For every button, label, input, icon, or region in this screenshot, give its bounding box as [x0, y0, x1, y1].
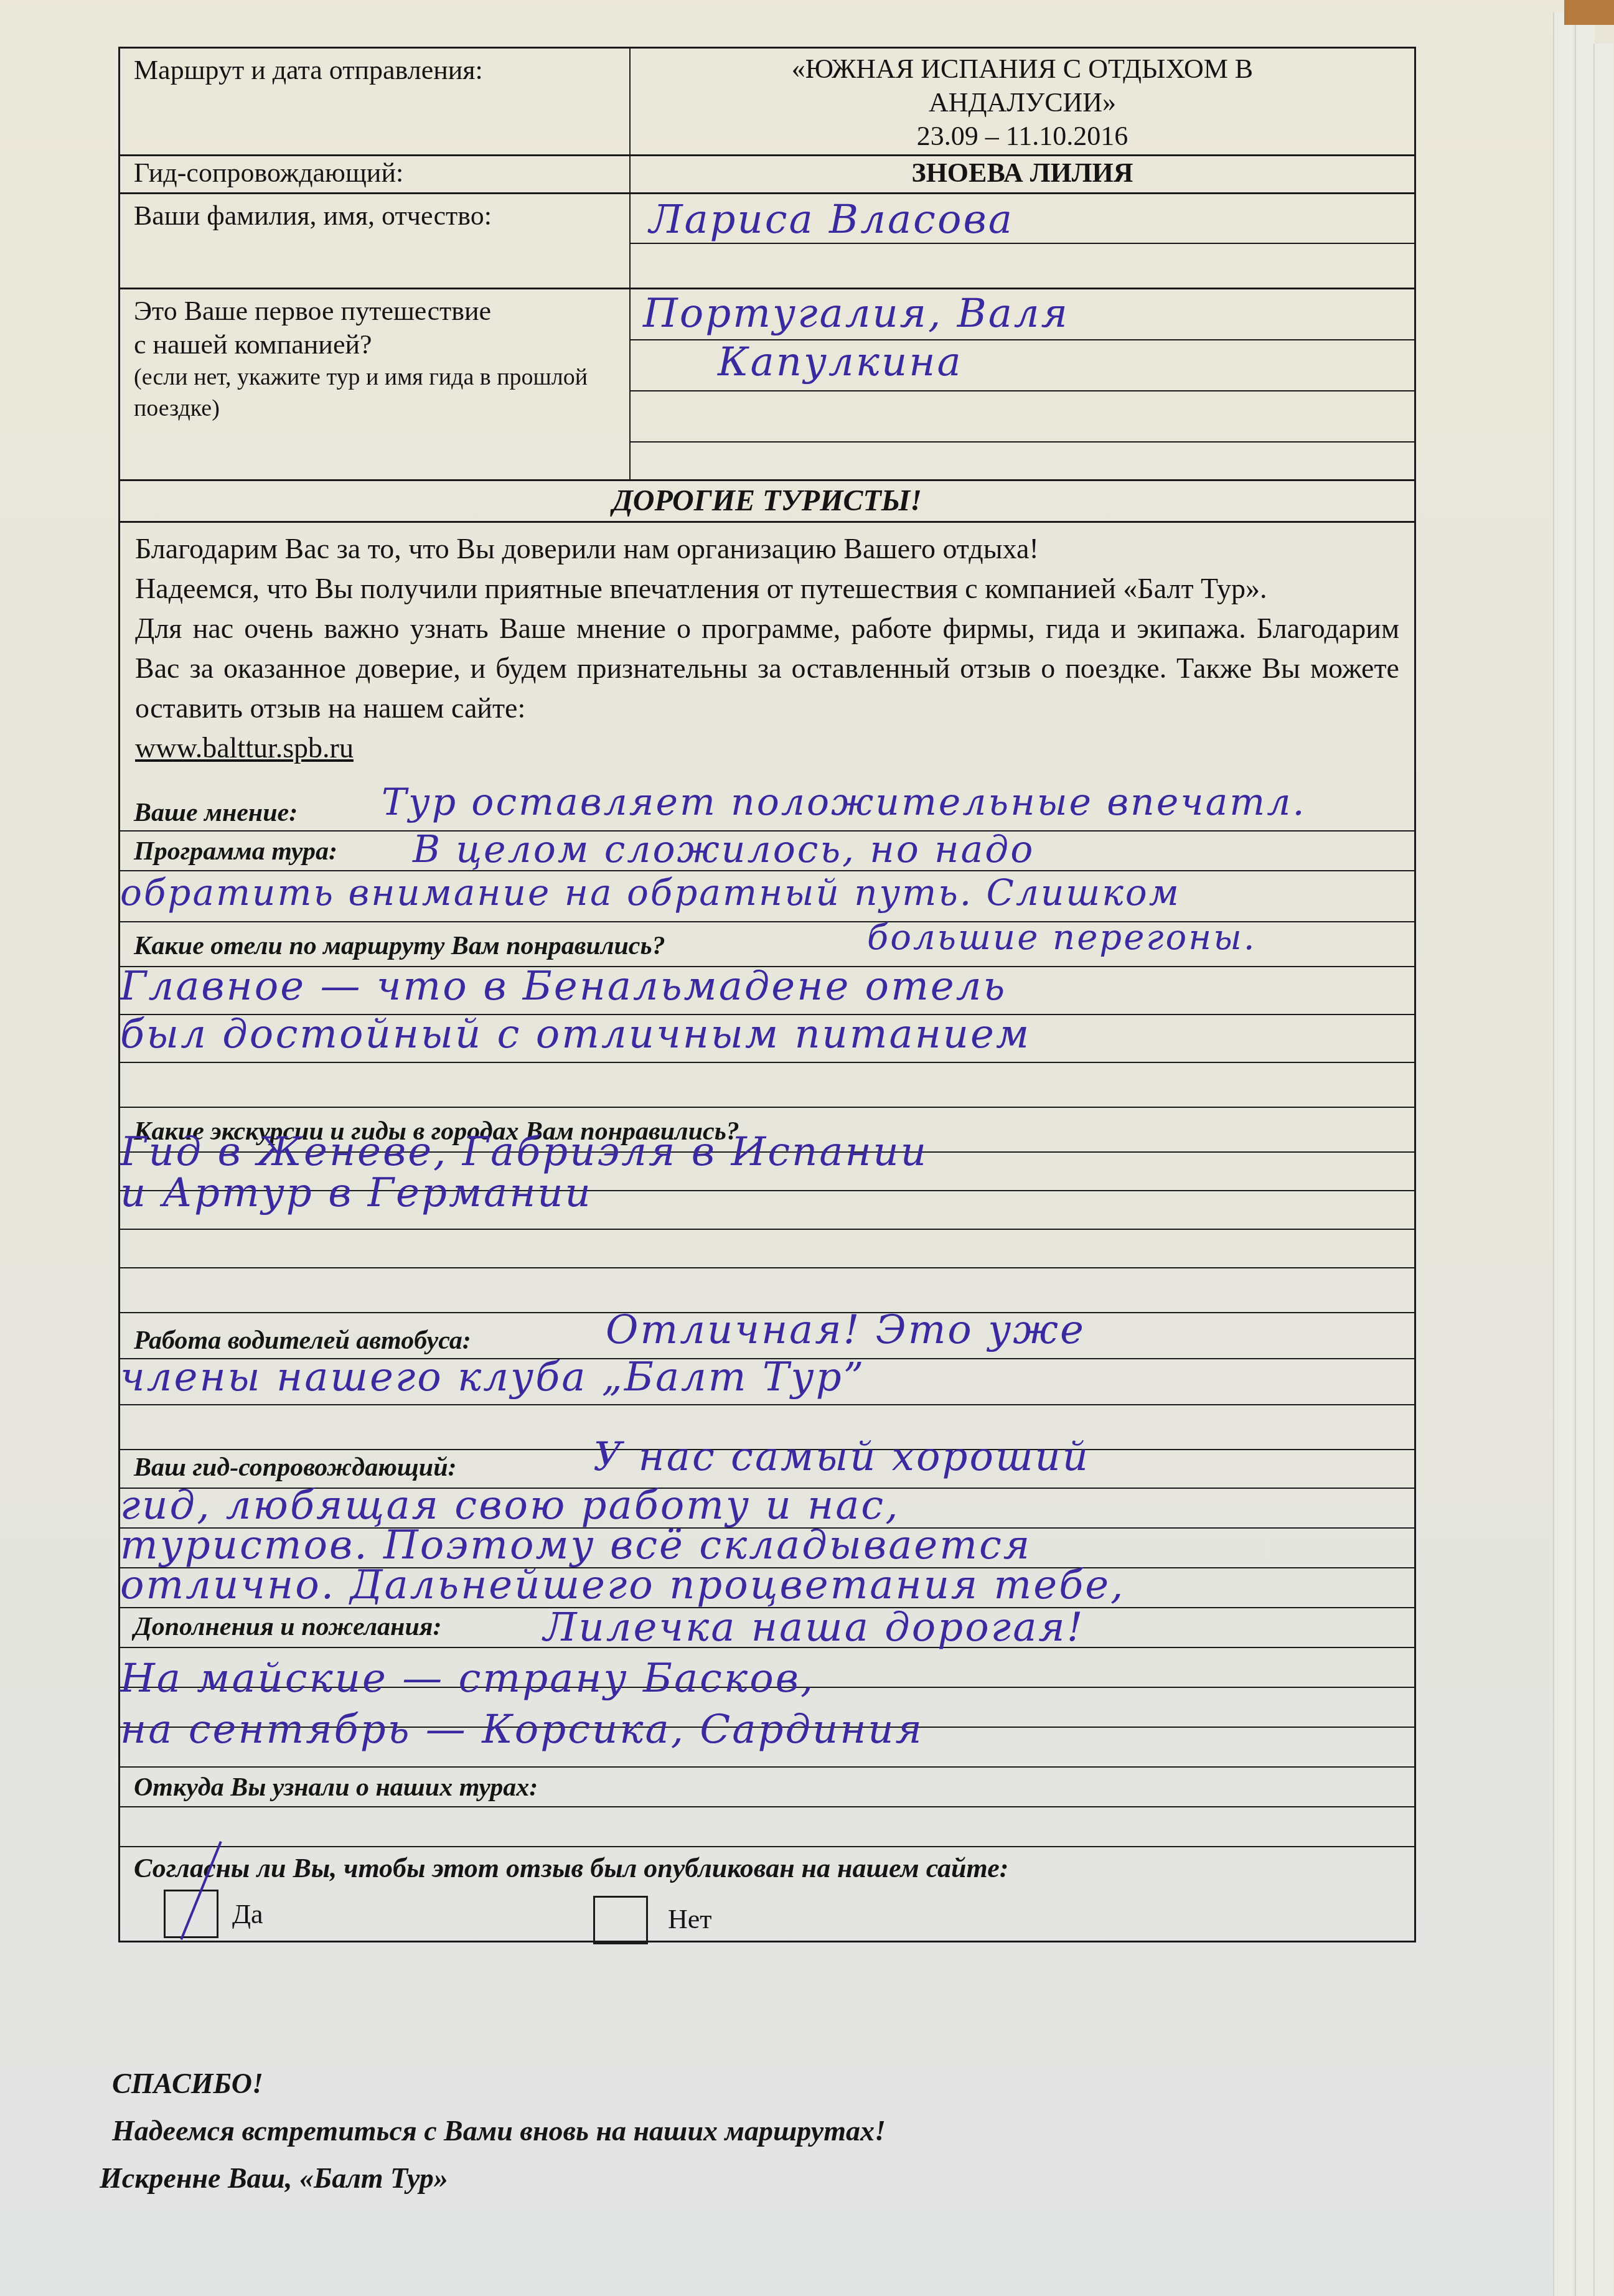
source-question: Откуда Вы узнали о наших турах:	[120, 1768, 1414, 1847]
wishes-answer-3: на сентябрь — Корсика, Сардиния	[120, 1707, 924, 1753]
intro-paragraph-2: Надеемся, что Вы получили приятные впеча…	[135, 569, 1399, 609]
name-row: Ваши фамилия, имя, отчество: Лариса Влас…	[120, 192, 1414, 288]
paper-stack-edge	[1553, 12, 1573, 2296]
route-name-line1: «ЮЖНАЯ ИСПАНИЯ С ОТДЫХОМ В	[637, 52, 1408, 86]
drivers-answer-1: Отличная! Это уже	[606, 1307, 1086, 1353]
drivers-question: Работа водителей автобуса: Отличная! Это…	[120, 1313, 1414, 1450]
guide-feedback-label: Ваш гид-сопровождающий:	[134, 1453, 456, 1483]
program-label: Программа тура:	[134, 836, 337, 866]
name-field[interactable]: Лариса Власова	[631, 194, 1414, 288]
header-table: Маршрут и дата отправления: «ЮЖНАЯ ИСПАН…	[118, 47, 1416, 1942]
route-dates: 23.09 – 11.10.2016	[637, 119, 1408, 153]
consent-yes-label: Да	[232, 1898, 263, 1930]
program-field[interactable]: Программа тура: В целом сложилось, но на…	[120, 832, 1414, 871]
guide-value: ЗНОЕВА ЛИЛИЯ	[631, 156, 1414, 192]
source-field[interactable]: Откуда Вы узнали о наших турах:	[120, 1768, 1414, 1807]
first-trip-label: Это Ваше первое путешествие с нашей комп…	[120, 289, 631, 479]
guide-answer-1: У нас самый хороший	[593, 1434, 1090, 1480]
excursions-field-3[interactable]: и Артур в Германии	[120, 1191, 1414, 1230]
consent-no-checkbox[interactable]	[593, 1896, 648, 1944]
guide-answer-2: гид, любящая свою работу и нас,	[120, 1483, 900, 1529]
program-answer-2: обратить внимание на обратный путь. Слиш…	[120, 871, 1181, 914]
opinion-label: Ваше мнение:	[134, 798, 298, 828]
source-label: Откуда Вы узнали о наших турах:	[134, 1773, 538, 1802]
name-answer: Лариса Власова	[649, 197, 1014, 243]
guide-field-4[interactable]: отлично. Дальнейшего процветания тебе,	[120, 1568, 1414, 1608]
hotels-answer-2: Главное — что в Бенальмадене отель	[120, 963, 1006, 1010]
consent-no-label: Нет	[668, 1903, 712, 1935]
excursions-question: Какие экскурсии и гиды в городах Вам пон…	[120, 1108, 1414, 1313]
wishes-field-3[interactable]: на сентябрь — Корсика, Сардиния	[120, 1728, 1414, 1768]
opinion-answer: Тур оставляет положительные впечатл.	[382, 780, 1307, 824]
first-trip-field[interactable]: Португалия, Валя Капулкина	[631, 289, 1414, 479]
name-label: Ваши фамилия, имя, отчество:	[120, 194, 631, 288]
program-answer-1: В целом сложилось, но надо	[413, 828, 1035, 871]
paper-stack-edge	[1575, 12, 1595, 2296]
desk-surface	[1564, 0, 1614, 25]
first-trip-question-line2: с нашей компанией?	[134, 329, 372, 360]
guide-answer-3: туристов. Поэтому всё складывается	[120, 1522, 1031, 1568]
hotels-field-3[interactable]: был достойный с отличным питанием	[120, 1015, 1414, 1063]
first-trip-question-line1: Это Ваше первое путешествие	[134, 296, 491, 326]
guide-answer-4: отлично. Дальнейшего процветания тебе,	[120, 1562, 1125, 1608]
intro-paragraph-3: Для нас очень важно узнать Ваше мнение о…	[135, 609, 1399, 728]
wishes-field[interactable]: Дополнения и пожелания: Лилечка наша дор…	[120, 1608, 1414, 1648]
wishes-label: Дополнения и пожелания:	[134, 1612, 441, 1642]
route-value: «ЮЖНАЯ ИСПАНИЯ С ОТДЫХОМ В АНДАЛУСИИ» 23…	[631, 49, 1414, 154]
paper-stack-edge	[1593, 44, 1613, 2296]
opinion-question: Ваше мнение: Тур оставляет положительные…	[120, 780, 1414, 1108]
closing-text: СПАСИБО! Надеемся встретиться с Вами вно…	[112, 2060, 886, 2202]
intro-text: Благодарим Вас за то, что Вы доверили на…	[120, 521, 1414, 780]
hotels-field[interactable]: Какие отели по маршруту Вам понравились?…	[120, 922, 1414, 967]
hotels-answer-1: большие перегоны.	[867, 917, 1257, 958]
first-trip-answer-line2: Капулкина	[718, 339, 963, 385]
section-title: ДОРОГИЕ ТУРИСТЫ!	[120, 479, 1414, 521]
first-trip-answer-line1: Португалия, Валя	[643, 291, 1069, 337]
route-name-line2: АНДАЛУСИИ»	[637, 86, 1408, 119]
program-field-2[interactable]: обратить внимание на обратный путь. Слиш…	[120, 871, 1414, 922]
closing-line-2: Надеемся встретиться с Вами вновь на наш…	[112, 2107, 886, 2155]
opinion-field[interactable]: Ваше мнение: Тур оставляет положительные…	[120, 780, 1414, 832]
drivers-answer-2: члены нашего клуба „Балт Тур”	[120, 1354, 865, 1400]
route-row: Маршрут и дата отправления: «ЮЖНАЯ ИСПАН…	[120, 47, 1414, 154]
hotels-answer-3: был достойный с отличным питанием	[120, 1011, 1031, 1057]
wishes-answer-1: Лилечка наша дорогая!	[543, 1605, 1084, 1651]
consent-section: Согласны ли Вы, чтобы этот отзыв был опу…	[120, 1847, 1414, 1942]
hotels-field-2[interactable]: Главное — что в Бенальмадене отель	[120, 967, 1414, 1015]
route-label: Маршрут и дата отправления:	[120, 49, 631, 154]
wishes-question: Дополнения и пожелания: Лилечка наша дор…	[120, 1608, 1414, 1768]
drivers-field[interactable]: Работа водителей автобуса: Отличная! Это…	[120, 1313, 1414, 1359]
drivers-label: Работа водителей автобуса:	[134, 1326, 471, 1356]
consent-question: Согласны ли Вы, чтобы этот отзыв был опу…	[134, 1852, 1008, 1884]
wishes-answer-2: На майские — страну Басков,	[120, 1656, 815, 1702]
drivers-field-2[interactable]: члены нашего клуба „Балт Тур”	[120, 1359, 1414, 1405]
website-link[interactable]: www.balttur.spb.ru	[135, 732, 354, 764]
guide-label: Гид-сопровождающий:	[120, 156, 631, 192]
guide-row: Гид-сопровождающий: ЗНОЕВА ЛИЛИЯ	[120, 154, 1414, 192]
feedback-form: Маршрут и дата отправления: «ЮЖНАЯ ИСПАН…	[118, 47, 1416, 1942]
excursions-answer-2: и Артур в Германии	[120, 1170, 593, 1216]
closing-signature: Искренне Ваш, «Балт Тур»	[100, 2155, 886, 2202]
first-trip-hint: (если нет, укажите тур и имя гида в прош…	[134, 362, 616, 424]
hotels-label: Какие отели по маршруту Вам понравились?	[134, 931, 665, 961]
closing-thanks: СПАСИБО!	[112, 2060, 886, 2107]
intro-paragraph-1: Благодарим Вас за то, что Вы доверили на…	[135, 529, 1399, 569]
excursions-answer-1: Гид в Женеве, Габриэля в Испании	[120, 1129, 928, 1175]
guide-question: Ваш гид-сопровождающий: У нас самый хоро…	[120, 1450, 1414, 1608]
first-trip-row: Это Ваше первое путешествие с нашей комп…	[120, 288, 1414, 479]
